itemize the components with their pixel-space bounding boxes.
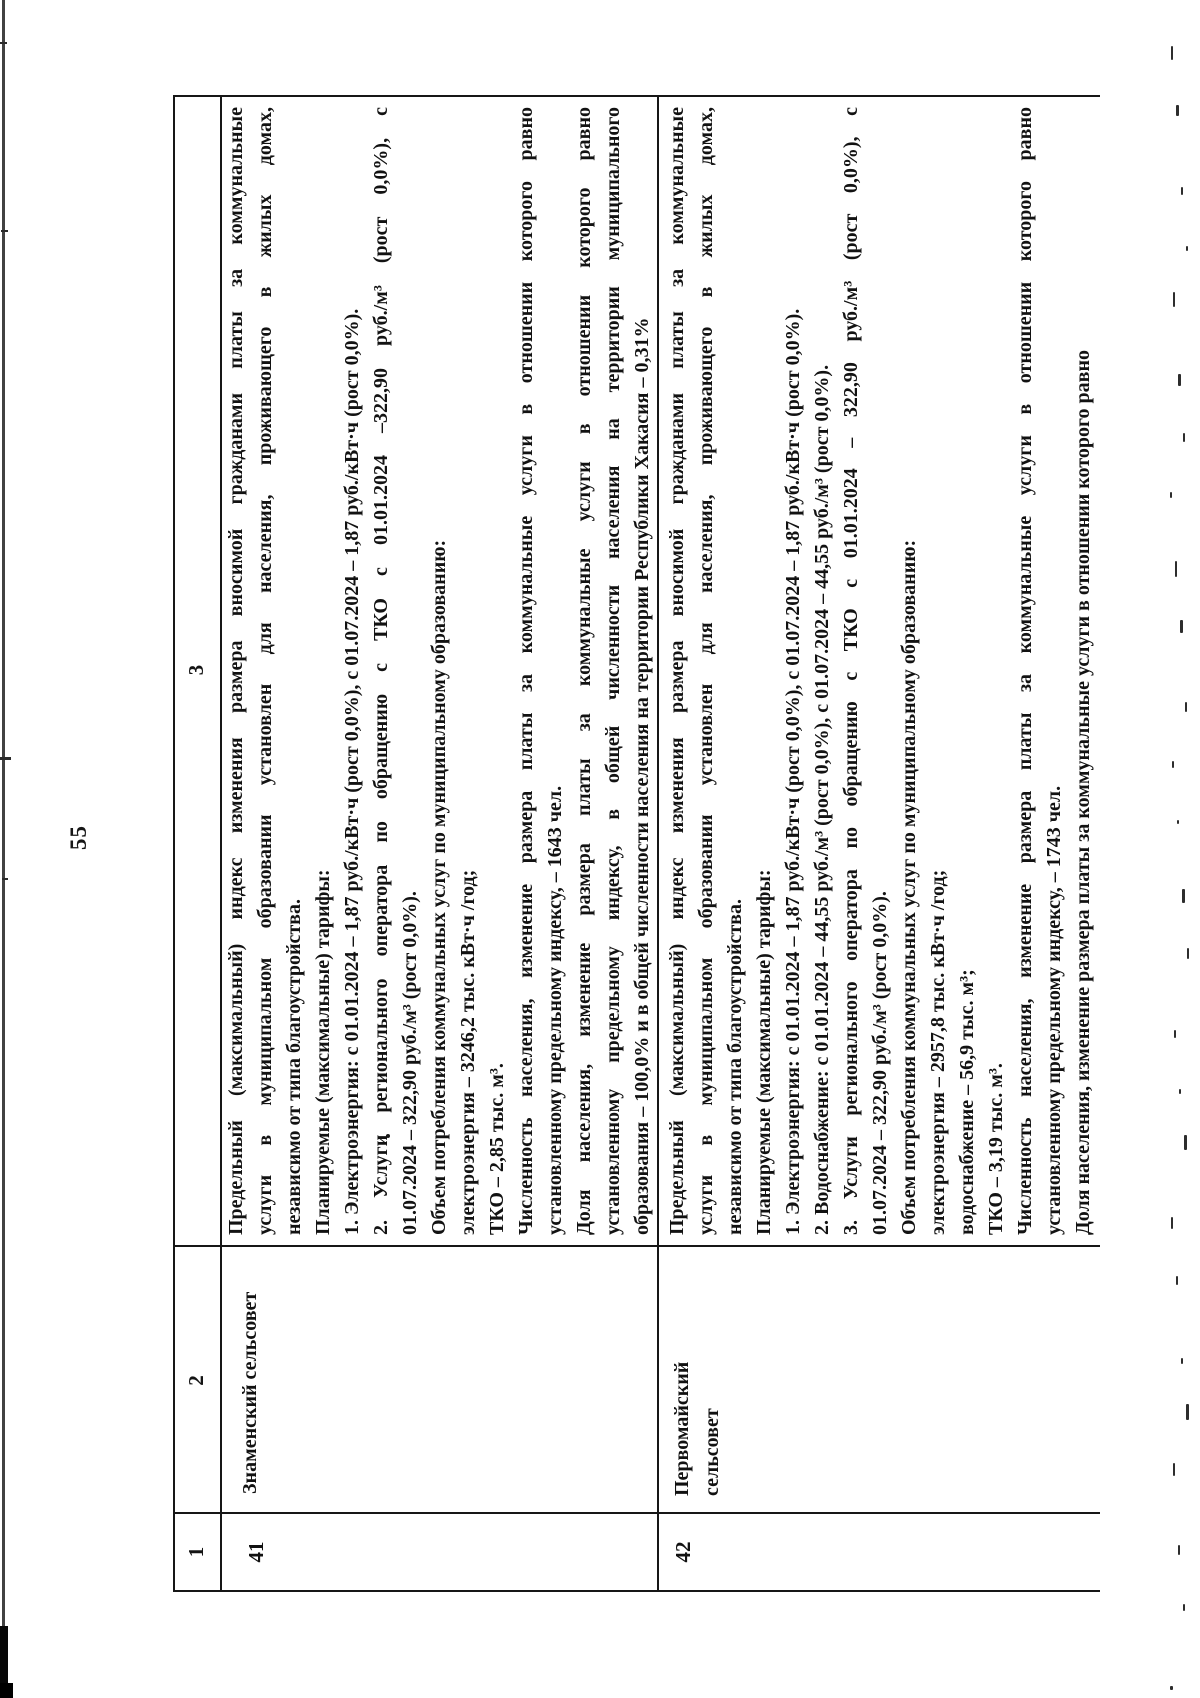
fold-mark <box>1181 1358 1183 1364</box>
fold-mark <box>1182 889 1185 903</box>
text-line: 01.07.2024 – 322,90 руб./м³ (рост 0,0%). <box>396 107 425 1235</box>
text-line: Предельный (максимальный) индекс изменен… <box>663 107 692 1235</box>
text-line: установленному предельному индексу, – 17… <box>1040 107 1069 1235</box>
fold-mark <box>1178 374 1181 386</box>
column-header-3: 3 <box>175 93 220 1247</box>
index-description-cell: Предельный (максимальный) индекс изменен… <box>220 93 657 1247</box>
scan-corner-blob <box>0 1683 13 1698</box>
fold-mark <box>1176 105 1179 116</box>
fold-mark <box>1183 1604 1185 1611</box>
fold-mark <box>1173 1463 1175 1476</box>
fold-mark <box>1175 561 1177 577</box>
text-line: 1. Электроэнергия: с 01.01.2024 – 1,87 р… <box>779 107 808 1235</box>
text-line: ТКО – 2,85 тыс. м³. <box>483 107 512 1235</box>
text-line: электроэнергия – 2957,8 тыс. кВт·ч /год; <box>924 107 953 1235</box>
text-line: Планируемые (максимальные) тарифы: <box>309 107 338 1235</box>
text-line: независимо от типа благоустройства. <box>280 107 309 1235</box>
column-header-2: 2 <box>175 1247 220 1514</box>
text-line: Объем потребления коммунальных услуг по … <box>895 107 924 1235</box>
fold-mark <box>1181 187 1183 195</box>
text-line: образования – 100,0% и в общей численнос… <box>628 107 657 1235</box>
text-line: электроэнергия – 3246,2 тыс. кВт·ч /год; <box>454 107 483 1235</box>
fold-mark <box>1171 46 1173 60</box>
fold-mark <box>1187 948 1189 959</box>
text-line: 3. Услуги регионального оператора по обр… <box>837 107 866 1235</box>
page-number: 55 <box>66 825 92 850</box>
row-number: 42 <box>657 1514 1102 1590</box>
column-header-1: 1 <box>175 1514 220 1590</box>
text-line: услуги в муниципальном образовании устан… <box>251 107 280 1235</box>
fold-mark <box>1186 1404 1189 1420</box>
rotated-sheet: 55 1 2 3 41 Знаменский сельсовет Предель… <box>0 0 1200 1698</box>
row-number: 41 <box>220 1514 657 1590</box>
tariff-table: 1 2 3 41 Знаменский сельсовет Предельный… <box>173 95 1100 1592</box>
fold-mark <box>1183 433 1185 442</box>
fold-mark <box>1179 1089 1181 1094</box>
fold-mark <box>1174 1030 1176 1038</box>
fold-mark <box>1177 820 1179 824</box>
index-description-cell: Предельный (максимальный) индекс изменен… <box>657 93 1102 1247</box>
text-line: 2. Водоснабжение: с 01.01.2024 – 44,55 р… <box>808 107 837 1235</box>
text-line: 01.07.2024 – 322,90 руб./м³ (рост 0,0%). <box>866 107 895 1235</box>
text-line: водоснабжение – 56,9 тыс. м³; <box>953 107 982 1235</box>
scan-edge-line <box>2 0 5 1698</box>
text-line: услуги в муниципальном образовании устан… <box>692 107 721 1235</box>
fold-mark <box>1178 1545 1180 1555</box>
text-line: ТКО – 3,19 тыс. м³. <box>982 107 1011 1235</box>
text-line: Доля населения, изменение размера платы … <box>1069 107 1098 1235</box>
text-line: Доля населения, изменение размера платы … <box>570 107 599 1235</box>
fold-mark <box>1170 1686 1173 1690</box>
scan-tick-mark <box>0 757 11 760</box>
municipality-name: Знаменский сельсовет <box>220 1247 265 1514</box>
text-line: 2. Услуги регионального оператора по обр… <box>367 107 396 1235</box>
scan-tick-mark <box>2 878 8 880</box>
text-line: независимо от типа благоустройства. <box>721 107 750 1235</box>
text-line: 1. Электроэнергия: с 01.01.2024 – 1,87 р… <box>338 107 367 1235</box>
scan-tick-mark <box>1 230 8 232</box>
text-line: Численность населения, изменение размера… <box>512 107 541 1235</box>
fold-mark <box>1173 292 1175 307</box>
text-line: установленному предельному индексу, в об… <box>599 107 628 1235</box>
fold-mark <box>1171 1217 1173 1229</box>
fold-mark <box>1184 1135 1187 1150</box>
fold-mark <box>1180 620 1183 633</box>
text-line: установленному предельному индексу, – 16… <box>541 107 570 1235</box>
scanned-document-page: 55 1 2 3 41 Знаменский сельсовет Предель… <box>0 0 1200 1698</box>
text-line: Численность населения, изменение размера… <box>1011 107 1040 1235</box>
text-line: Планируемые (максимальные) тарифы: <box>750 107 779 1235</box>
fold-mark <box>1170 492 1172 498</box>
text-line: Предельный (максимальный) индекс изменен… <box>222 107 251 1235</box>
fold-mark <box>1186 246 1188 251</box>
fold-mark <box>1176 1276 1178 1285</box>
scan-tick-mark <box>0 42 7 44</box>
fold-mark <box>1172 761 1174 768</box>
fold-mark <box>1185 702 1187 712</box>
municipality-name: Первомайский сельсовет <box>657 1247 727 1514</box>
text-line: Объем потребления коммунальных услуг по … <box>425 107 454 1235</box>
